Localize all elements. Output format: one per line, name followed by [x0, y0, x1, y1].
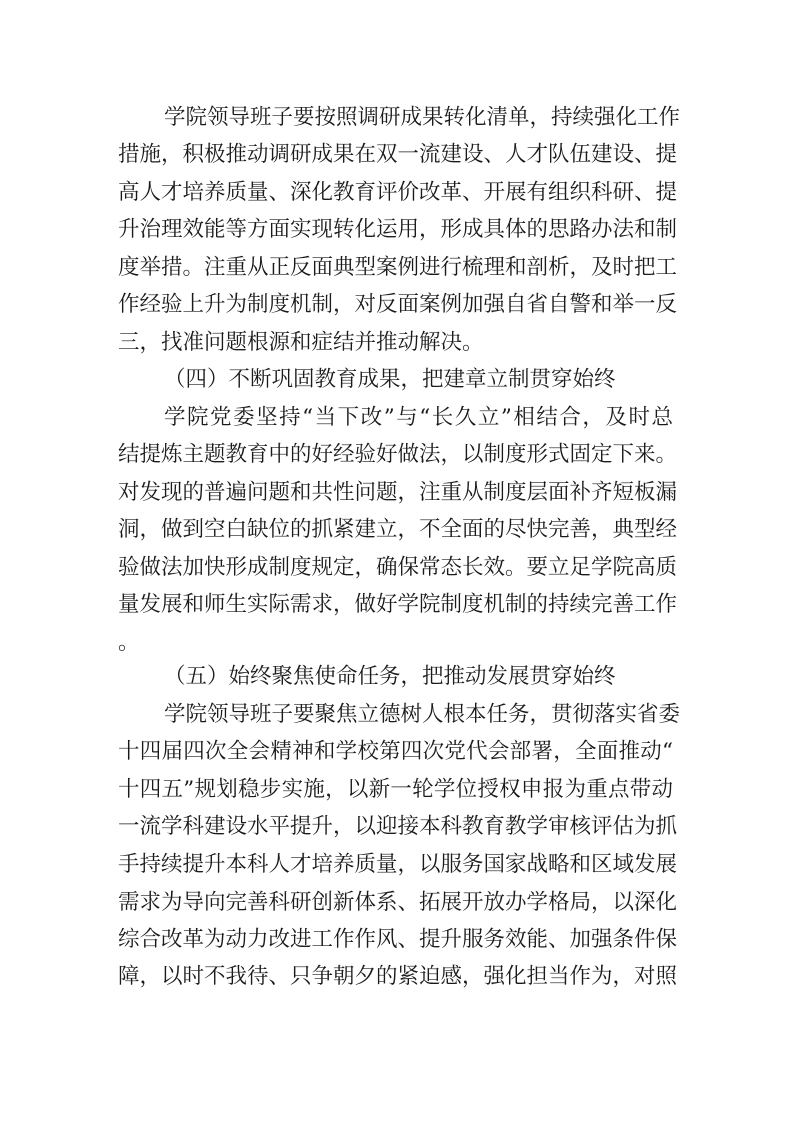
section-heading: （四）不断巩固教育成果，把建章立制贯穿始终 — [164, 365, 616, 395]
paragraph-line: 验做法加快形成制度规定，确保常态长效。要立足学院高质 — [118, 553, 673, 583]
paragraph-line: 洞，做到空白缺位的抓紧建立，不全面的尽快完善，典型经 — [118, 515, 673, 545]
paragraph-line: 措施，积极推动调研成果在双一流建设、人才队伍建设、提 — [118, 140, 673, 170]
paragraph-line: 一流学科建设水平提升，以迎接本科教育教学审核评估为抓 — [118, 812, 673, 842]
paragraph-line: 障，以时不我待、只争朝夕的紧迫感，强化担当作为，对照 — [118, 962, 673, 992]
paragraph-line: 三，找准问题根源和症结并推动解决。 — [118, 328, 673, 358]
paragraph-line: 十四届四次全会精神和学校第四次党代会部署，全面推动“ — [118, 737, 673, 767]
paragraph-line: 学院领导班子要按照调研成果转化清单，持续强化工作 — [164, 103, 673, 133]
section-heading: （五）始终聚焦使命任务，把推动发展贯穿始终 — [164, 662, 616, 692]
paragraph-line: 需求为导向完善科研创新体系、拓展开放办学格局，以深化 — [118, 888, 673, 918]
paragraph-line: 量发展和师生实际需求，做好学院制度机制的持续完善工作 — [118, 590, 673, 620]
paragraph-line: 作经验上升为制度机制，对反面案例加强自省自警和举一反 — [118, 290, 673, 320]
paragraph-line: 十四五”规划稳步实施，以新一轮学位授权申报为重点带动 — [118, 775, 673, 805]
paragraph-line: 学院党委坚持“当下改”与“长久立”相结合，及时总 — [164, 403, 673, 433]
paragraph-line: 学院领导班子要聚焦立德树人根本任务，贯彻落实省委 — [164, 700, 673, 730]
document-page: 学院领导班子要按照调研成果转化清单，持续强化工作 措施，积极推动调研成果在双一流… — [0, 0, 793, 1122]
paragraph-line: 结提炼主题教育中的好经验好做法，以制度形式固定下来。 — [118, 440, 673, 470]
paragraph-line: 度举措。注重从正反面典型案例进行梳理和剖析，及时把工 — [118, 253, 673, 283]
paragraph-line: 高人才培养质量、深化教育评价改革、开展有组织科研、提 — [118, 178, 673, 208]
paragraph-line-orphan-punctuation: 。 — [118, 628, 673, 658]
paragraph-line: 手持续提升本科人才培养质量，以服务国家战略和区域发展 — [118, 850, 673, 880]
paragraph-line: 综合改革为动力改进工作作风、提升服务效能、加强条件保 — [118, 925, 673, 955]
paragraph-line: 对发现的普遍问题和共性问题，注重从制度层面补齐短板漏 — [118, 478, 673, 508]
paragraph-line: 升治理效能等方面实现转化运用，形成具体的思路办法和制 — [118, 215, 673, 245]
